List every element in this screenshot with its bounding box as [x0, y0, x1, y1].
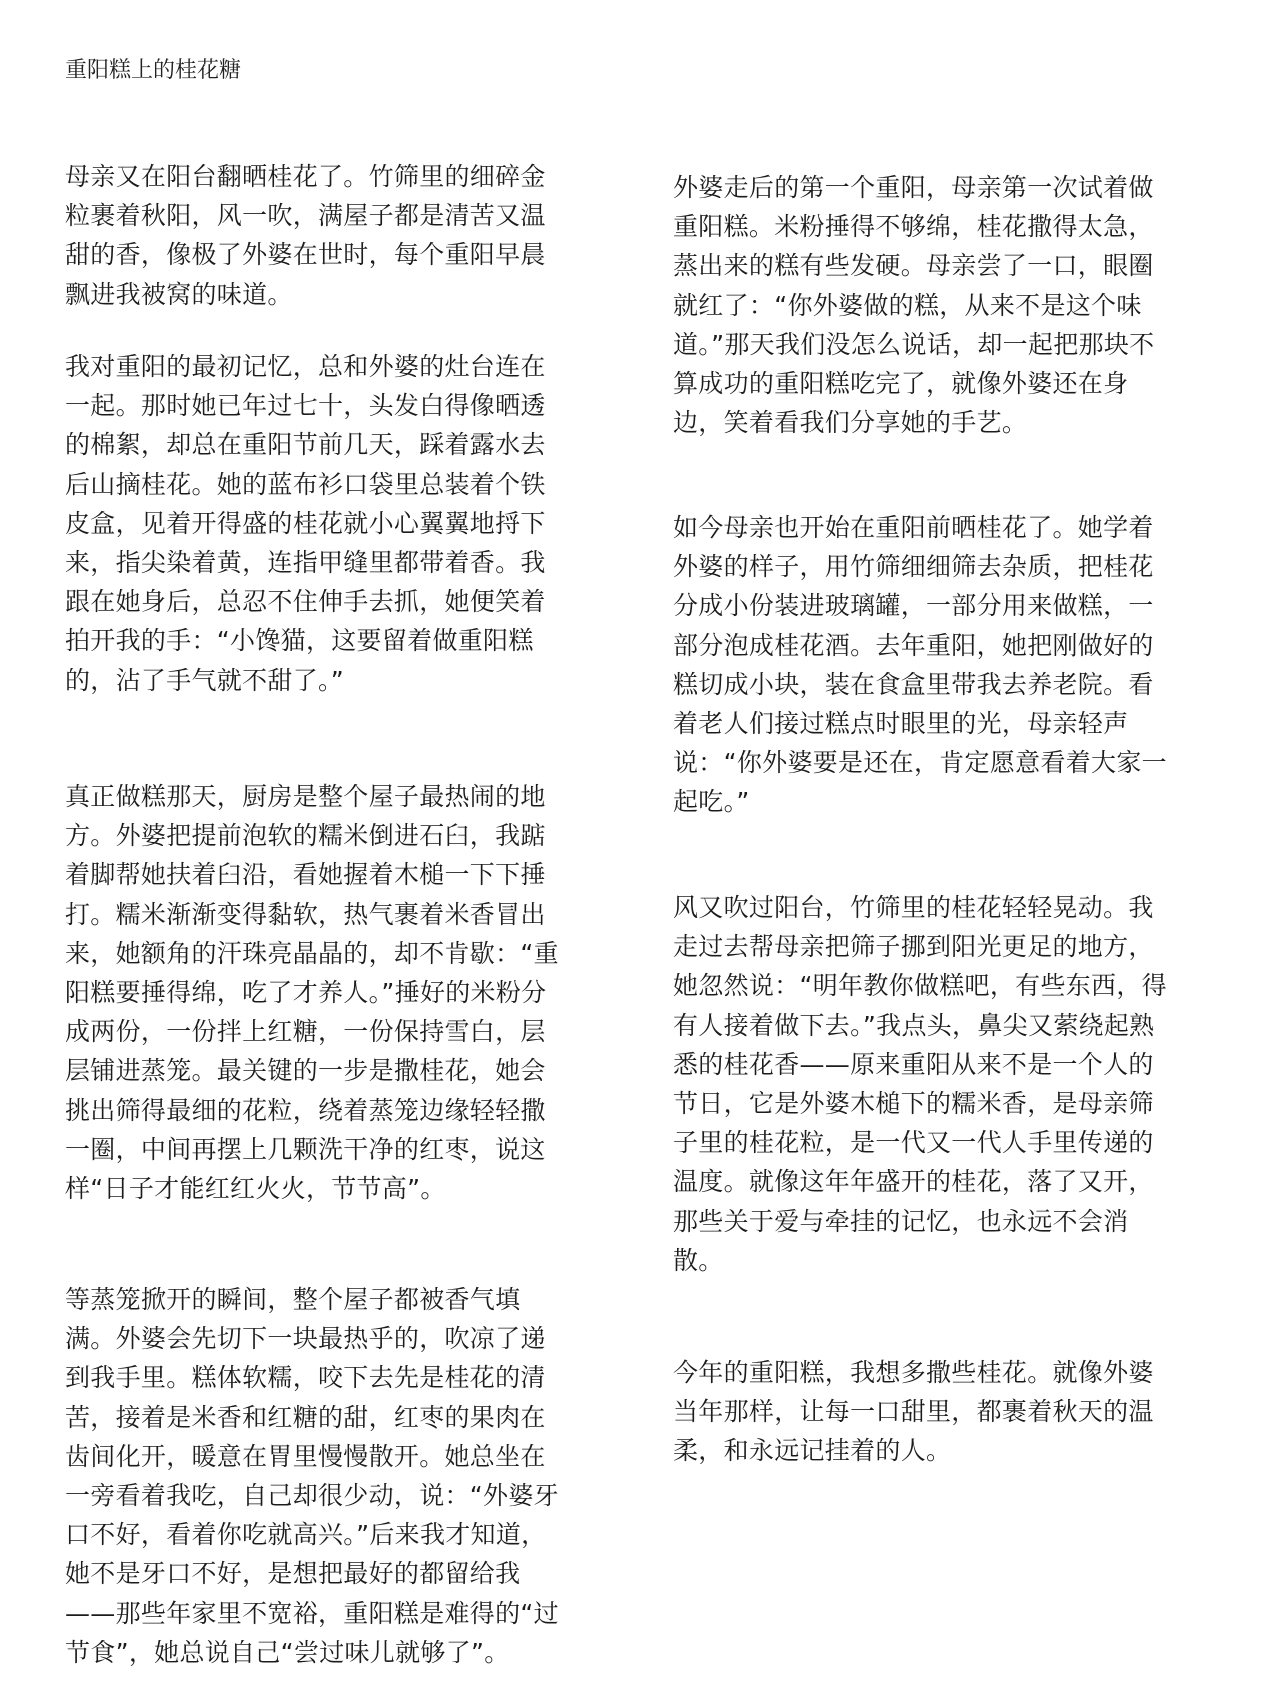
- text-line: 拍开我的手：“小馋猫，这要留着做重阳糕: [65, 621, 546, 660]
- text-line: 散。: [673, 1241, 1167, 1280]
- text-line: 如今母亲也开始在重阳前晒桂花了。她学着: [673, 508, 1167, 547]
- paragraph: 如今母亲也开始在重阳前晒桂花了。她学着 外婆的样子，用竹筛细细筛去杂质，把桂花 …: [673, 508, 1167, 822]
- text-line: 温度。就像这年年盛开的桂花，落了又开，: [673, 1162, 1167, 1201]
- text-line: 苦，接着是米香和红糖的甜，红枣的果肉在: [65, 1398, 559, 1437]
- text-line: 飘进我被窝的味道。: [65, 275, 546, 314]
- text-line: 那些关于爱与牵挂的记忆，也永远不会消: [673, 1202, 1167, 1241]
- text-line: 粒裹着秋阳，风一吹，满屋子都是清苦又温: [65, 196, 546, 235]
- text-line: 走过去帮母亲把筛子挪到阳光更足的地方，: [673, 927, 1167, 966]
- text-line: 来，指尖染着黄，连指甲缝里都带着香。我: [65, 543, 546, 582]
- text-line: 道。”那天我们没怎么说话，却一起把那块不: [673, 325, 1154, 364]
- text-line: 外婆的样子，用竹筛细细筛去杂质，把桂花: [673, 547, 1167, 586]
- article-title: 重阳糕上的桂花糖: [65, 56, 241, 86]
- text-line: 到我手里。糕体软糯，咬下去先是桂花的清: [65, 1358, 559, 1397]
- text-line: 层铺进蒸笼。最关键的一步是撒桂花，她会: [65, 1051, 559, 1090]
- text-line: 的，沾了手气就不甜了。”: [65, 661, 546, 700]
- text-line: 的棉絮，却总在重阳节前几天，踩着露水去: [65, 425, 546, 464]
- text-line: 她不是牙口不好，是想把最好的都留给我: [65, 1554, 559, 1593]
- text-line: 部分泡成桂花酒。去年重阳，她把刚做好的: [673, 626, 1167, 665]
- text-line: 她忽然说：“明年教你做糕吧，有些东西，得: [673, 966, 1167, 1005]
- text-line: 边，笑着看我们分享她的手艺。: [673, 403, 1154, 442]
- paragraph: 真正做糕那天，厨房是整个屋子最热闹的地 方。外婆把提前泡软的糯米倒进石臼，我踮 …: [65, 777, 559, 1208]
- text-line: 真正做糕那天，厨房是整个屋子最热闹的地: [65, 777, 559, 816]
- paragraph: 今年的重阳糕，我想多撒些桂花。就像外婆 当年那样，让每一口甜里，都裹着秋天的温 …: [673, 1353, 1154, 1471]
- text-line: 节日，它是外婆木槌下的糯米香，是母亲筛: [673, 1084, 1167, 1123]
- text-line: 就红了：“你外婆做的糕，从来不是这个味: [673, 286, 1154, 325]
- paragraph: 风又吹过阳台，竹筛里的桂花轻轻晃动。我 走过去帮母亲把筛子挪到阳光更足的地方， …: [673, 888, 1167, 1280]
- text-line: 一起。那时她已年过七十，头发白得像晒透: [65, 386, 546, 425]
- text-line: 挑出筛得最细的花粒，绕着蒸笼边缘轻轻撒: [65, 1091, 559, 1130]
- text-line: 当年那样，让每一口甜里，都裹着秋天的温: [673, 1392, 1154, 1431]
- paragraph: 外婆走后的第一个重阳，母亲第一次试着做 重阳糕。米粉捶得不够绵，桂花撒得太急， …: [673, 168, 1154, 442]
- text-line: 甜的香，像极了外婆在世时，每个重阳早晨: [65, 235, 546, 274]
- text-line: 打。糯米渐渐变得黏软，热气裹着米香冒出: [65, 895, 559, 934]
- text-line: 齿间化开，暖意在胃里慢慢散开。她总坐在: [65, 1437, 559, 1476]
- text-line: 算成功的重阳糕吃完了，就像外婆还在身: [673, 364, 1154, 403]
- text-line: 成两份，一份拌上红糖，一份保持雪白，层: [65, 1012, 559, 1051]
- paragraph: 母亲又在阳台翻晒桂花了。竹筛里的细碎金 粒裹着秋阳，风一吹，满屋子都是清苦又温 …: [65, 157, 546, 314]
- text-line: 说：“你外婆要是还在，肯定愿意看着大家一: [673, 743, 1167, 782]
- text-line: 有人接着做下去。”我点头，鼻尖又萦绕起熟: [673, 1006, 1167, 1045]
- text-line: 一旁看着我吃，自己却很少动，说：“外婆牙: [65, 1476, 559, 1515]
- text-line: 柔，和永远记挂着的人。: [673, 1431, 1154, 1470]
- text-line: 今年的重阳糕，我想多撒些桂花。就像外婆: [673, 1353, 1154, 1392]
- text-line: 悉的桂花香——原来重阳从来不是一个人的: [673, 1045, 1167, 1084]
- text-line: 子里的桂花粒，是一代又一代人手里传递的: [673, 1123, 1167, 1162]
- paragraph: 等蒸笼掀开的瞬间，整个屋子都被香气填 满。外婆会先切下一块最热乎的，吹凉了递 到…: [65, 1280, 559, 1672]
- text-line: 样“日子才能红红火火，节节高”。: [65, 1169, 559, 1208]
- text-line: 起吃。”: [673, 782, 1167, 821]
- text-line: 方。外婆把提前泡软的糯米倒进石臼，我踮: [65, 816, 559, 855]
- text-line: ——那些年家里不宽裕，重阳糕是难得的“过: [65, 1594, 559, 1633]
- text-line: 阳糕要捶得绵，吃了才养人。”捶好的米粉分: [65, 973, 559, 1012]
- text-line: 母亲又在阳台翻晒桂花了。竹筛里的细碎金: [65, 157, 546, 196]
- text-line: 满。外婆会先切下一块最热乎的，吹凉了递: [65, 1319, 559, 1358]
- text-line: 节食”，她总说自己“尝过味儿就够了”。: [65, 1633, 559, 1672]
- text-line: 口不好，看着你吃就高兴。”后来我才知道，: [65, 1515, 559, 1554]
- text-line: 风又吹过阳台，竹筛里的桂花轻轻晃动。我: [673, 888, 1167, 927]
- text-line: 来，她额角的汗珠亮晶晶的，却不肯歇：“重: [65, 934, 559, 973]
- text-line: 跟在她身后，总忍不住伸手去抓，她便笑着: [65, 582, 546, 621]
- text-line: 糕切成小块，装在食盒里带我去养老院。看: [673, 665, 1167, 704]
- text-line: 着老人们接过糕点时眼里的光，母亲轻声: [673, 704, 1167, 743]
- paragraph: 我对重阳的最初记忆，总和外婆的灶台连在 一起。那时她已年过七十，头发白得像晒透 …: [65, 347, 546, 700]
- text-line: 外婆走后的第一个重阳，母亲第一次试着做: [673, 168, 1154, 207]
- text-line: 着脚帮她扶着臼沿，看她握着木槌一下下捶: [65, 855, 559, 894]
- text-line: 一圈，中间再摆上几颗洗干净的红枣，说这: [65, 1130, 559, 1169]
- text-line: 后山摘桂花。她的蓝布衫口袋里总装着个铁: [65, 465, 546, 504]
- text-line: 皮盒，见着开得盛的桂花就小心翼翼地捋下: [65, 504, 546, 543]
- text-line: 我对重阳的最初记忆，总和外婆的灶台连在: [65, 347, 546, 386]
- text-line: 分成小份装进玻璃罐，一部分用来做糕，一: [673, 586, 1167, 625]
- text-line: 等蒸笼掀开的瞬间，整个屋子都被香气填: [65, 1280, 559, 1319]
- text-line: 蒸出来的糕有些发硬。母亲尝了一口，眼圈: [673, 246, 1154, 285]
- text-line: 重阳糕。米粉捶得不够绵，桂花撒得太急，: [673, 207, 1154, 246]
